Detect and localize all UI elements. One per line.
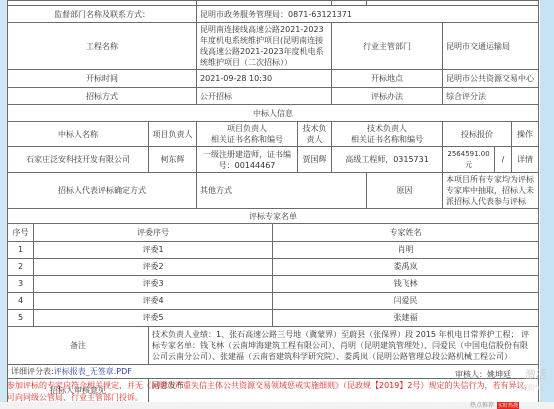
expert-name: 张建福 [273,309,539,326]
expert-seq: 4 [8,292,34,309]
reason-label: 原因 [367,173,443,209]
right-scroll-strip[interactable] [540,0,554,409]
expert-name: 肖明 [273,241,539,258]
winner-section-header: 中标人信息 [8,105,539,122]
remarks-label: 备注 [8,327,149,365]
col-action: 操作 [512,122,539,147]
rep-value: 其他方式 [197,173,367,209]
bid-result-table: 监督部门名称及联系方式： 昆明市政务服务管理局：0871-63121371 工程… [7,0,539,224]
expert-row: 4 评委4 闫爱民 [8,292,539,309]
remarks-row: 备注 技术负责人业绩：1、张石高速公路三号地（冀蒙界）至蔚县（张保界）段 201… [8,327,539,365]
experts-table: 序号 评委序号 专家姓名 1 评委1 肖明 2 评委2 娄禹岚 3 评委3 钱飞… [7,224,539,327]
project-name-value: 昆明南连接线高速公路2021-2023年度机电系统维护项目(昆明南连接线高速公路… [197,23,332,70]
score-sheet-label: 详细评分表: [11,367,54,376]
col-seq: 序号 [8,224,34,241]
industry-label: 行业主管部门 [332,23,443,70]
method-value: 公开招标 [197,88,332,105]
open-time-value: 2021-09-28 10:30 [197,70,332,88]
winner-pm-cert: 一级注册建造师，证书编号：00144467 [197,147,298,173]
eval-method-label: 评标办法 [332,88,443,105]
col-tech-cert: 技术负责人 相关证书名称和编号 [332,122,443,147]
bid-result-table-wrapper: 监督部门名称及联系方式： 昆明市政务服务管理局：0871-63121371 工程… [7,0,538,403]
expert-row: 1 评委1 肖明 [8,241,539,258]
expert-judge: 评委5 [34,309,273,326]
col-expert-name: 专家姓名 [273,224,539,241]
complaint-notice: 参加评标的专家应符合相关规定，并无《昆明市严重失信主体公共资源交易领域惩戒实施细… [7,380,540,404]
hot-recommend-link[interactable]: 热点推荐 [470,402,494,409]
expert-seq: 5 [8,309,34,326]
expert-row: 2 评委2 娄禹岚 [8,258,539,275]
col-tech: 技术负责人 [298,122,332,147]
open-time-row: 开标时间 2021-09-28 10:30 开标地点 昆明市公共资源交易中心 [8,70,539,88]
method-label: 招标方式 [8,88,197,105]
winner-section-title: 中标人信息 [8,105,539,122]
expert-seq: 3 [8,275,34,292]
open-time-label: 开标时间 [8,70,197,88]
auditor: 审核人：姚坤廷 [455,369,511,380]
expert-seq: 1 [8,241,34,258]
winner-row: 石家庄泛安科技开发有限公司 柯东辉 一级注册建造师，证书编号：00144467 … [8,147,539,173]
remarks-value: 技术负责人业绩：1、张石高速公路三号地（冀蒙界）至蔚县（张保界）段 2015 年… [149,327,539,365]
project-name-row: 工程名称 昆明南连接线高速公路2021-2023年度机电系统维护项目(昆明南连接… [8,23,539,70]
expert-name: 闫爱民 [273,292,539,309]
expert-name: 娄禹岚 [273,258,539,275]
experts-header-row: 序号 评委序号 专家姓名 [8,224,539,241]
score-sheet-file-link[interactable]: 评标报表_无签章.PDF [54,367,132,376]
activation-watermark-sub: 转到"设 [520,383,544,393]
supervision-row: 监督部门名称及联系方式： 昆明市政务服务管理局：0871-63121371 [8,6,539,23]
rep-label: 招标人代表评标确定方式 [8,173,197,209]
col-bid: 投标报价 [443,122,512,147]
winner-pm: 柯东辉 [149,147,197,173]
winner-bid: 2564591.00元 [443,147,495,173]
open-place-label: 开标地点 [332,70,443,88]
left-window-edge [0,0,7,409]
supervision-value: 昆明市政务服务管理局：0871-63121371 [197,6,539,23]
winner-bid-extra: / [495,147,512,173]
col-winner-name: 中标人名称 [8,122,149,147]
expert-row: 5 评委5 张建福 [8,309,539,326]
expert-judge: 评委4 [34,292,273,309]
expert-seq: 2 [8,258,34,275]
winner-header-row: 中标人名称 项目负责人 项目负责人 相关证书名称和编号 技术负责人 技术负责人 … [8,122,539,147]
reason-value: 本项目所有专家均为评标专家库中抽取，招标人未派招标人代表参与评标 [443,173,539,209]
col-judge: 评委序号 [34,224,273,241]
expert-judge: 评委2 [34,258,273,275]
realtime-hot-badge[interactable]: 实时热搜 [497,402,519,409]
winner-tech: 贾国辉 [298,147,332,173]
winner-name: 石家庄泛安科技开发有限公司 [8,147,149,173]
col-pm: 项目负责人 [149,122,197,147]
industry-value: 昆明市交通运输局 [443,23,539,70]
expert-name: 钱飞林 [273,275,539,292]
experts-section-header: 评标专家名单 [8,209,539,224]
expert-row: 3 评委3 钱飞林 [8,275,539,292]
expert-judge: 评委3 [34,275,273,292]
open-place-value: 昆明市公共资源交易中心 [443,70,539,88]
activation-watermark: 激活 [525,366,547,382]
detail-link[interactable]: 详情 [512,147,539,173]
expert-judge: 评委1 [34,241,273,258]
method-row: 招标方式 公开招标 评标办法 综合评分法 [8,88,539,105]
winner-tech-cert: 高级工程师，0315731 [332,147,443,173]
project-name-label: 工程名称 [8,23,197,70]
experts-section-title: 评标专家名单 [8,209,539,224]
eval-method-value: 综合评分法 [443,88,539,105]
col-pm-cert: 项目负责人 相关证书名称和编号 [197,122,298,147]
supervision-label: 监督部门名称及联系方式： [8,6,197,23]
bottom-news-bar: 热点推荐实时热搜 [470,400,519,409]
rep-row: 招标人代表评标确定方式 其他方式 原因 本项目所有专家均为评标专家库中抽取，招标… [8,173,539,209]
